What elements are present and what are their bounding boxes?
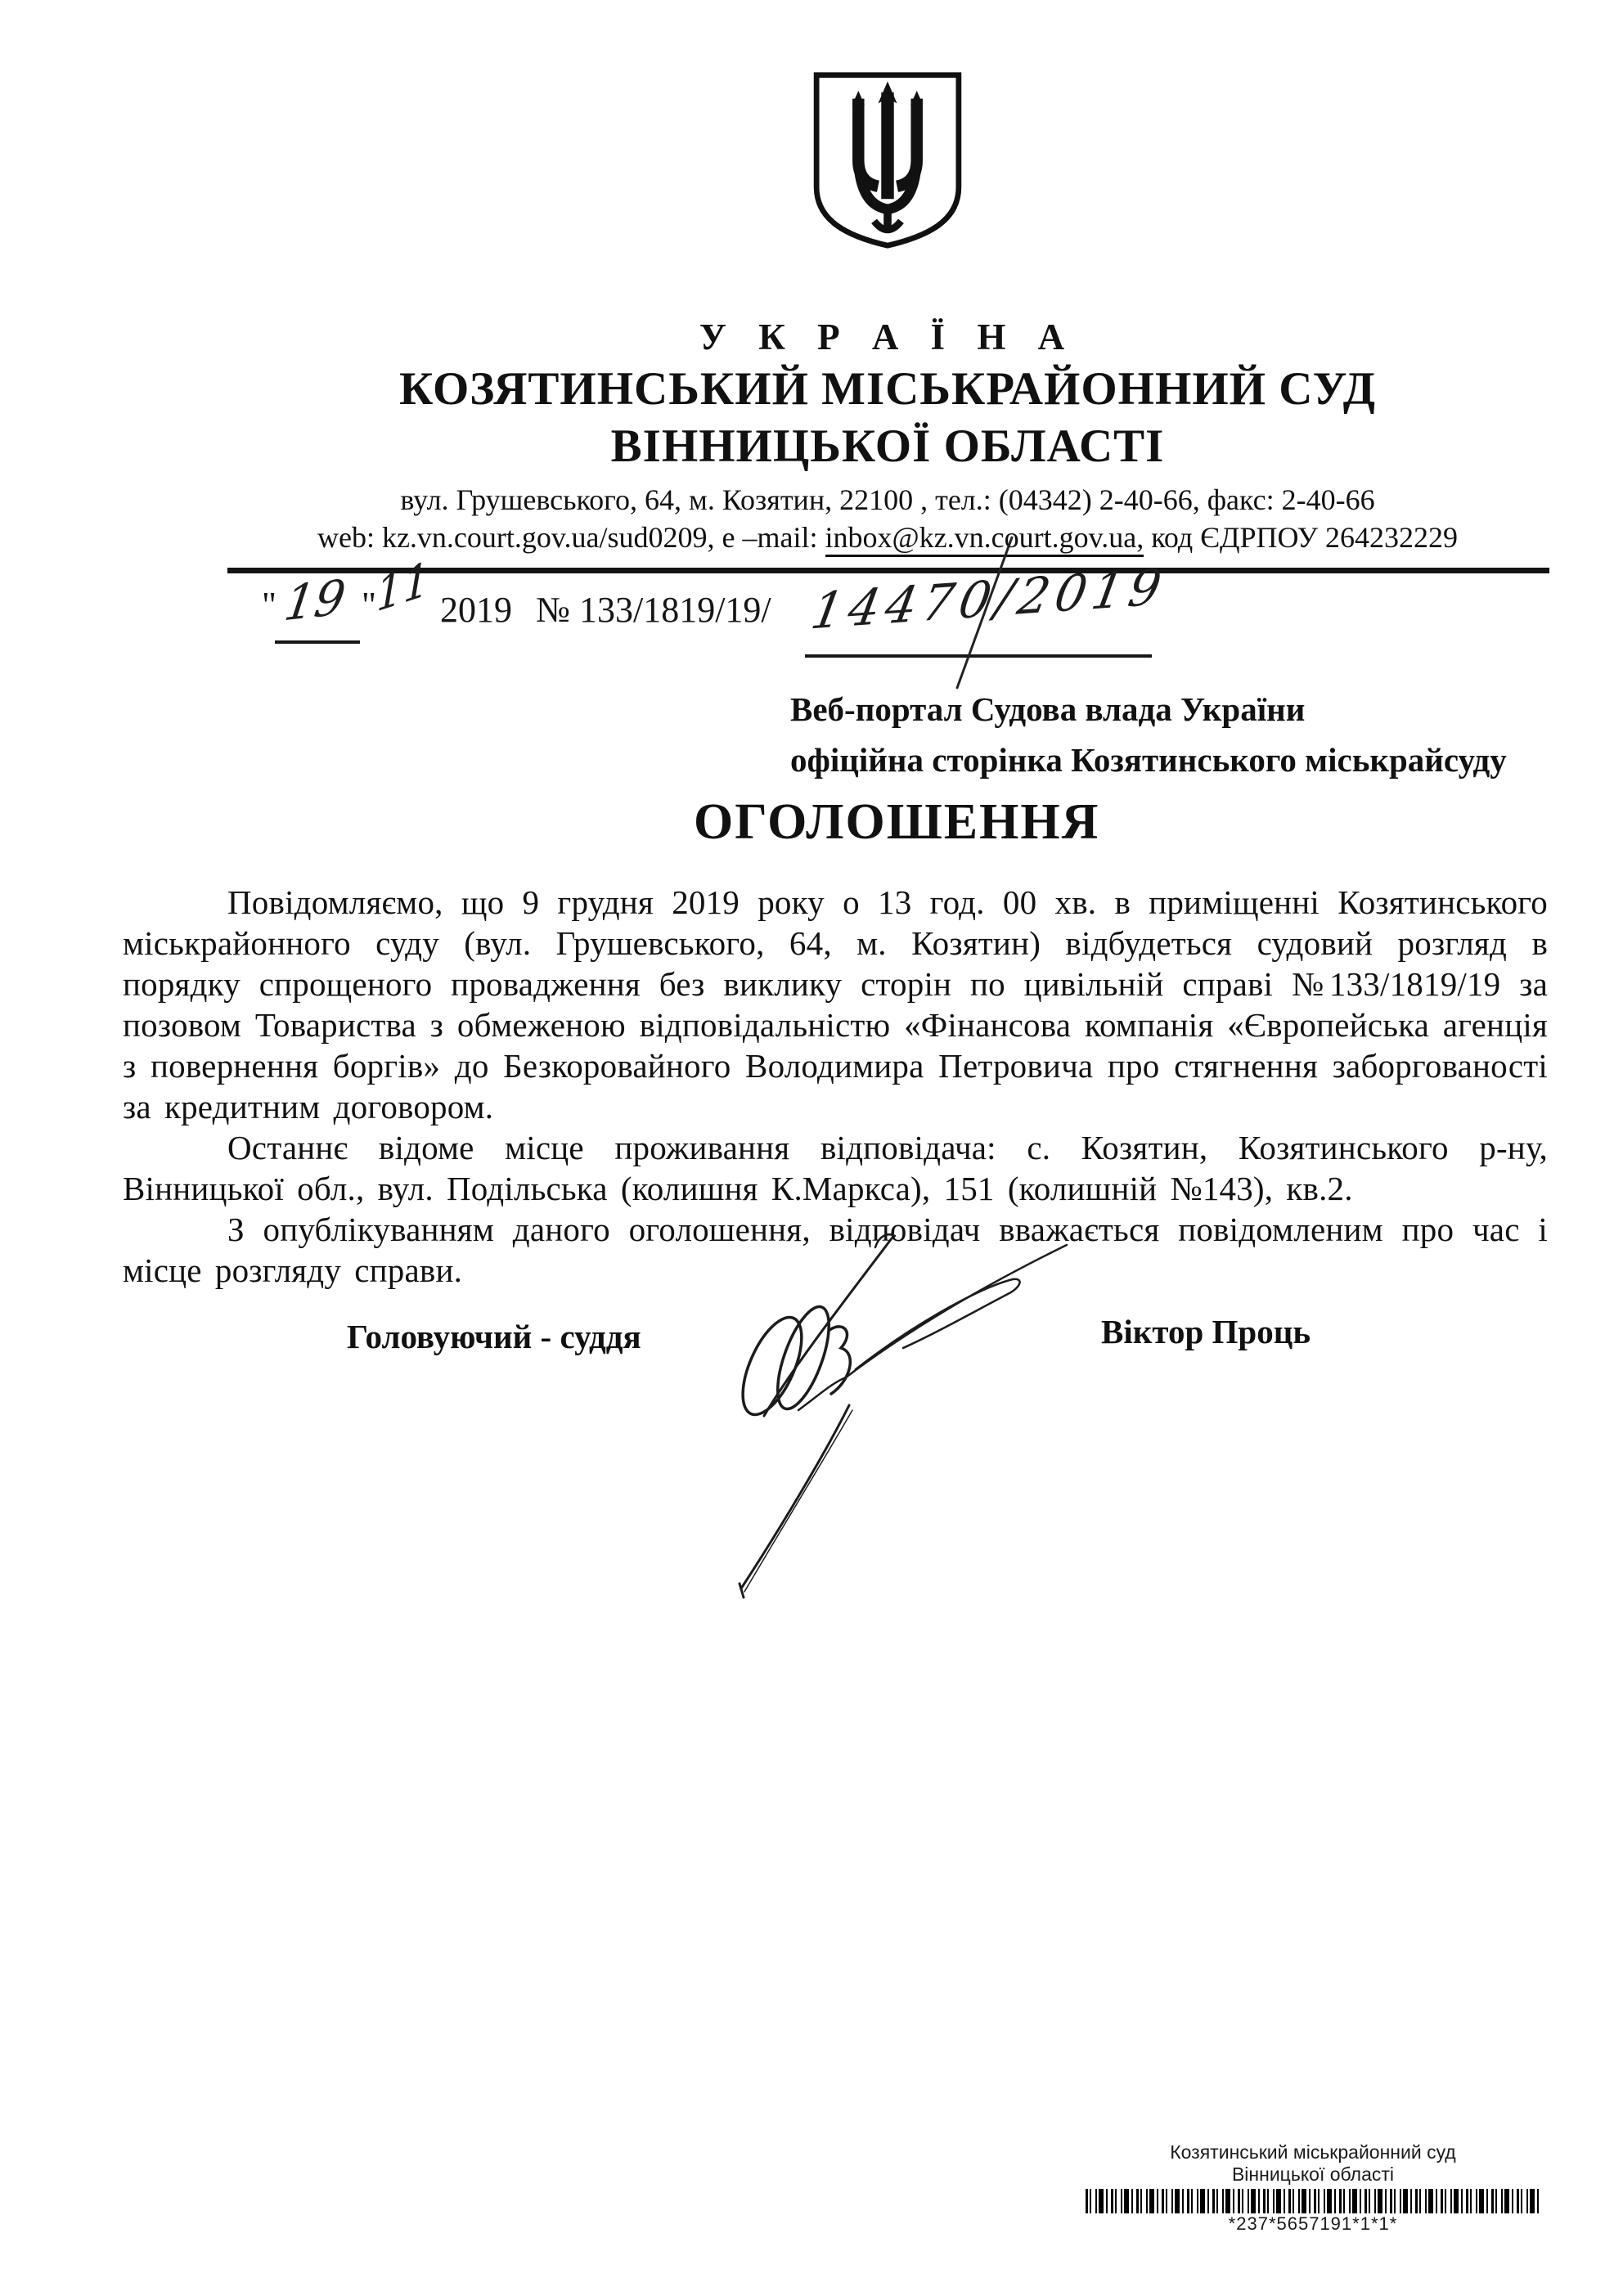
paragraph-last-known-address: Останнє відоме місце проживання відповід…	[123, 1127, 1548, 1209]
court-web-line: web: kz.vn.court.gov.ua/sud0209, e –mail…	[155, 519, 1620, 556]
signoff-role: Головуючий - суддя	[347, 1317, 641, 1356]
date-close-quote: "	[362, 584, 376, 626]
recipient-block: Веб-портал Судова влада України офіційна…	[790, 684, 1507, 785]
letterhead: У К Р А Ї Н А КОЗЯТИНСЬКИЙ МІСЬКРАЙОННИЙ…	[155, 316, 1620, 556]
handwritten-month: 11	[376, 551, 429, 622]
judge-signature-icon	[702, 1209, 1095, 1618]
date-open-quote: "	[262, 584, 276, 626]
case-number: № 133/1819/19/	[536, 589, 771, 631]
day-underline	[275, 640, 360, 644]
web-line-suffix: код ЄДРПОУ 264232229	[1144, 521, 1458, 554]
court-email: inbox@kz.vn.court.gov.ua,	[825, 521, 1144, 557]
court-address-line: вул. Грушевського, 64, м. Козятин, 22100…	[155, 481, 1620, 519]
footer-stamp: Козятинський міськрайонний суд Вінницько…	[1047, 2141, 1579, 2235]
country-title: У К Р А Ї Н А	[155, 316, 1620, 358]
document-title: ОГОЛОШЕННЯ	[694, 793, 1099, 851]
web-line-prefix: web: kz.vn.court.gov.ua/sud0209, e –mail…	[317, 521, 825, 554]
signoff-name: Віктор Проць	[1101, 1312, 1311, 1351]
footer-court-line2: Вінницької області	[1047, 2163, 1579, 2186]
court-name-line2: ВІННИЦЬКОЇ ОБЛАСТІ	[155, 420, 1620, 473]
recipient-line1: Веб-портал Судова влада України	[790, 684, 1507, 735]
barcode-text: *237*5657191*1*1*	[1047, 2213, 1579, 2235]
date-year: 2019	[440, 589, 512, 631]
paragraph-hearing-notice: Повідомляємо, що 9 грудня 2019 року о 13…	[123, 882, 1548, 1127]
registration-number-underline	[805, 654, 1152, 658]
footer-court-line1: Козятинський міськрайонний суд	[1047, 2141, 1579, 2163]
recipient-line2: офіційна сторінка Козятинського міськрай…	[790, 735, 1507, 785]
handwritten-day: 19	[281, 568, 348, 631]
court-name-line1: КОЗЯТИНСЬКИЙ МІСЬКРАЙОННИЙ СУД	[155, 363, 1620, 416]
scanned-court-document: У К Р А Ї Н А КОЗЯТИНСЬКИЙ МІСЬКРАЙОННИЙ…	[0, 0, 1623, 2296]
ukraine-trident-icon	[807, 69, 969, 250]
barcode-icon	[1086, 2189, 1540, 2213]
